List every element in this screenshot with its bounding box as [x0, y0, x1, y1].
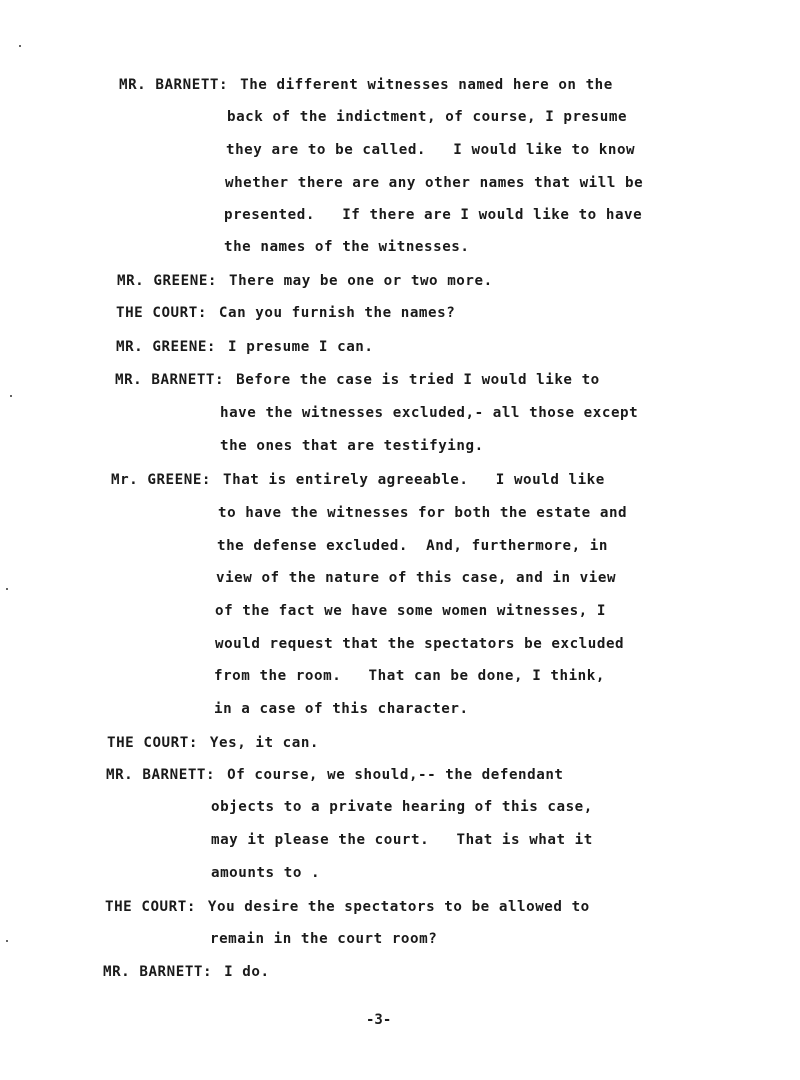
scan-speck — [6, 940, 8, 942]
speaker-label: THE COURT: — [116, 305, 207, 321]
transcript-line: the ones that are testifying. — [220, 437, 484, 455]
transcript-line: Mr. GREENE:That is entirely agreeable. I… — [111, 471, 605, 489]
dialogue-text: You desire the spectators to be allowed … — [208, 899, 590, 915]
transcript-line: view of the nature of this case, and in … — [216, 569, 616, 587]
scan-speck — [19, 45, 21, 47]
speaker-label: MR. BARNETT: — [103, 964, 212, 980]
speaker-label: THE COURT: — [107, 735, 198, 751]
speaker-label: MR. GREENE: — [116, 339, 216, 355]
transcript-line: MR. BARNETT:I do. — [103, 963, 270, 981]
transcript-line: back of the indictment, of course, I pre… — [227, 108, 627, 126]
dialogue-text: Of course, we should,-- the defendant — [227, 767, 563, 783]
transcript-line: to have the witnesses for both the estat… — [218, 504, 627, 522]
dialogue-text: I do. — [224, 964, 269, 980]
transcript-line: they are to be called. I would like to k… — [226, 141, 635, 159]
dialogue-text: The different witnesses named here on th… — [240, 77, 613, 93]
dialogue-text: Before the case is tried I would like to — [236, 372, 600, 388]
transcript-line: of the fact we have some women witnesses… — [215, 602, 606, 620]
speaker-label: MR. BARNETT: — [106, 767, 215, 783]
transcript-line: in a case of this character. — [214, 700, 469, 718]
speaker-label: MR. BARNETT: — [119, 77, 228, 93]
transcript-line: THE COURT:You desire the spectators to b… — [105, 898, 590, 916]
speaker-label: Mr. GREENE: — [111, 472, 211, 488]
speaker-label: MR. GREENE: — [117, 273, 217, 289]
speaker-label: THE COURT: — [105, 899, 196, 915]
page-number: -3- — [366, 1012, 391, 1028]
transcript-line: have the witnesses excluded,- all those … — [220, 404, 638, 422]
transcript-line: whether there are any other names that w… — [225, 174, 643, 192]
dialogue-text: That is entirely agreeable. I would like — [223, 472, 605, 488]
transcript-line: MR. BARNETT:The different witnesses name… — [119, 76, 613, 94]
transcript-line: THE COURT:Can you furnish the names? — [116, 304, 455, 322]
speaker-label: MR. BARNETT: — [115, 372, 224, 388]
transcript-line: remain in the court room? — [210, 930, 437, 948]
transcript-line: MR. GREENE:There may be one or two more. — [117, 272, 493, 290]
dialogue-text: Yes, it can. — [210, 735, 319, 751]
transcript-line: from the room. That can be done, I think… — [214, 667, 605, 685]
transcript-line: MR. GREENE:I presume I can. — [116, 338, 373, 356]
transcript-line: THE COURT:Yes, it can. — [107, 734, 319, 752]
transcript-page: MR. BARNETT:The different witnesses name… — [0, 0, 800, 1080]
transcript-line: would request that the spectators be exc… — [215, 635, 624, 653]
transcript-line: amounts to . — [211, 864, 320, 882]
transcript-line: MR. BARNETT:Before the case is tried I w… — [115, 371, 600, 389]
transcript-line: the defense excluded. And, furthermore, … — [217, 537, 608, 555]
dialogue-text: I presume I can. — [228, 339, 373, 355]
transcript-line: MR. BARNETT:Of course, we should,-- the … — [106, 766, 564, 784]
transcript-line: may it please the court. That is what it — [211, 831, 593, 849]
scan-speck — [6, 588, 8, 590]
transcript-line: presented. If there are I would like to … — [224, 206, 642, 224]
transcript-line: the names of the witnesses. — [224, 238, 469, 256]
transcript-line: objects to a private hearing of this cas… — [211, 798, 593, 816]
dialogue-text: Can you furnish the names? — [219, 305, 455, 321]
dialogue-text: There may be one or two more. — [229, 273, 493, 289]
scan-speck — [10, 395, 12, 397]
